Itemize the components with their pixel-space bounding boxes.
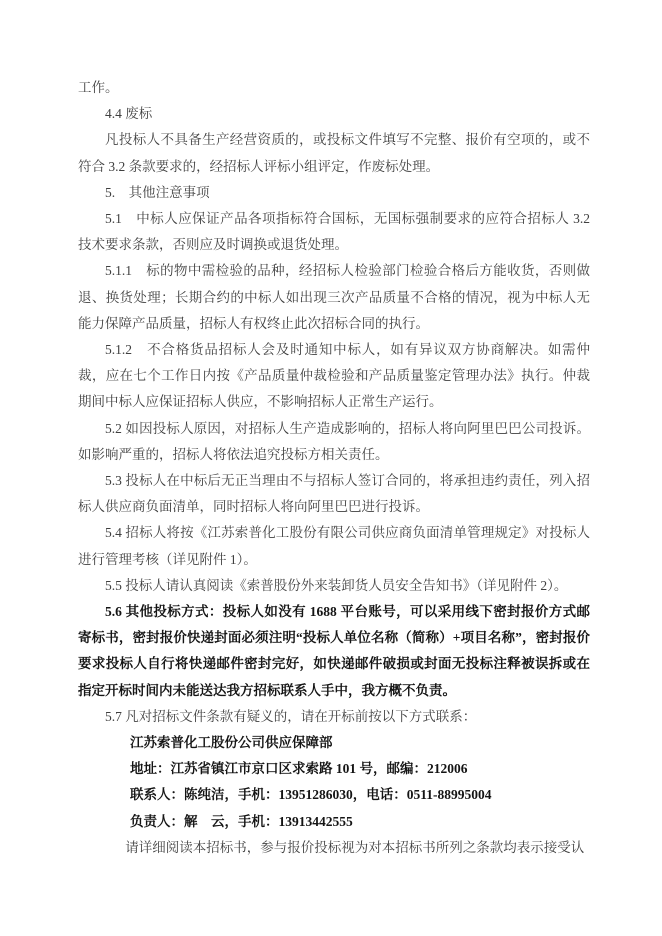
clause-4-4-body: 凡投标人不具备生产经营资质的，或投标文件填写不完整、报价有空项的，或不符合 3.… bbox=[78, 127, 590, 179]
closing-statement: 请详细阅读本招标书，参与报价投标视为对本招标书所列之条款均表示接受认 bbox=[78, 835, 590, 861]
clause-5-5: 5.5 投标人请认真阅读《索普股份外来装卸货人员安全告知书》（详见附件 2）。 bbox=[78, 573, 590, 599]
clause-4-4-heading: 4.4 废标 bbox=[78, 101, 590, 127]
clause-5-4: 5.4 招标人将按《江苏索普化工股份有限公司供应商负面清单管理规定》对投标人进行… bbox=[78, 520, 590, 572]
clause-5-2: 5.2 如因投标人原因，对招标人生产造成影响的，招标人将向阿里巴巴公司投诉。如影… bbox=[78, 416, 590, 468]
contact-person: 联系人：陈纯洁，手机：13951286030，电话：0511-88995004 bbox=[78, 782, 590, 808]
clause-5-1-2: 5.1.2 不合格货品招标人会及时通知中标人，如有异议双方协商解决。如需仲裁，应… bbox=[78, 337, 590, 416]
clause-5-1: 5.1 中标人应保证产品各项指标符合国标，无国标强制要求的应符合招标人 3.2 … bbox=[78, 206, 590, 258]
paragraph-continuation: 工作。 bbox=[78, 75, 590, 101]
clause-5-3: 5.3 投标人在中标后无正当理由不与招标人签订合同的，将承担违约责任，列入招标人… bbox=[78, 468, 590, 520]
document-page: 工作。 4.4 废标 凡投标人不具备生产经营资质的，或投标文件填写不完整、报价有… bbox=[0, 0, 662, 936]
clause-5-6-mail-bidding: 5.6 其他投标方式：投标人如没有 1688 平台账号，可以采用线下密封报价方式… bbox=[78, 599, 590, 704]
contact-manager: 负责人：解 云，手机：13913442555 bbox=[78, 809, 590, 835]
contact-department: 江苏索普化工股份公司供应保障部 bbox=[78, 730, 590, 756]
contact-address: 地址：江苏省镇江市京口区求索路 101 号，邮编：212006 bbox=[78, 756, 590, 782]
clause-5-7: 5.7 凡对招标文件条款有疑义的，请在开标前按以下方式联系： bbox=[78, 704, 590, 730]
clause-5-1-1: 5.1.1 标的物中需检验的品种，经招标人检验部门检验合格后方能收货，否则做退、… bbox=[78, 258, 590, 337]
section-5-heading: 5. 其他注意事项 bbox=[78, 180, 590, 206]
